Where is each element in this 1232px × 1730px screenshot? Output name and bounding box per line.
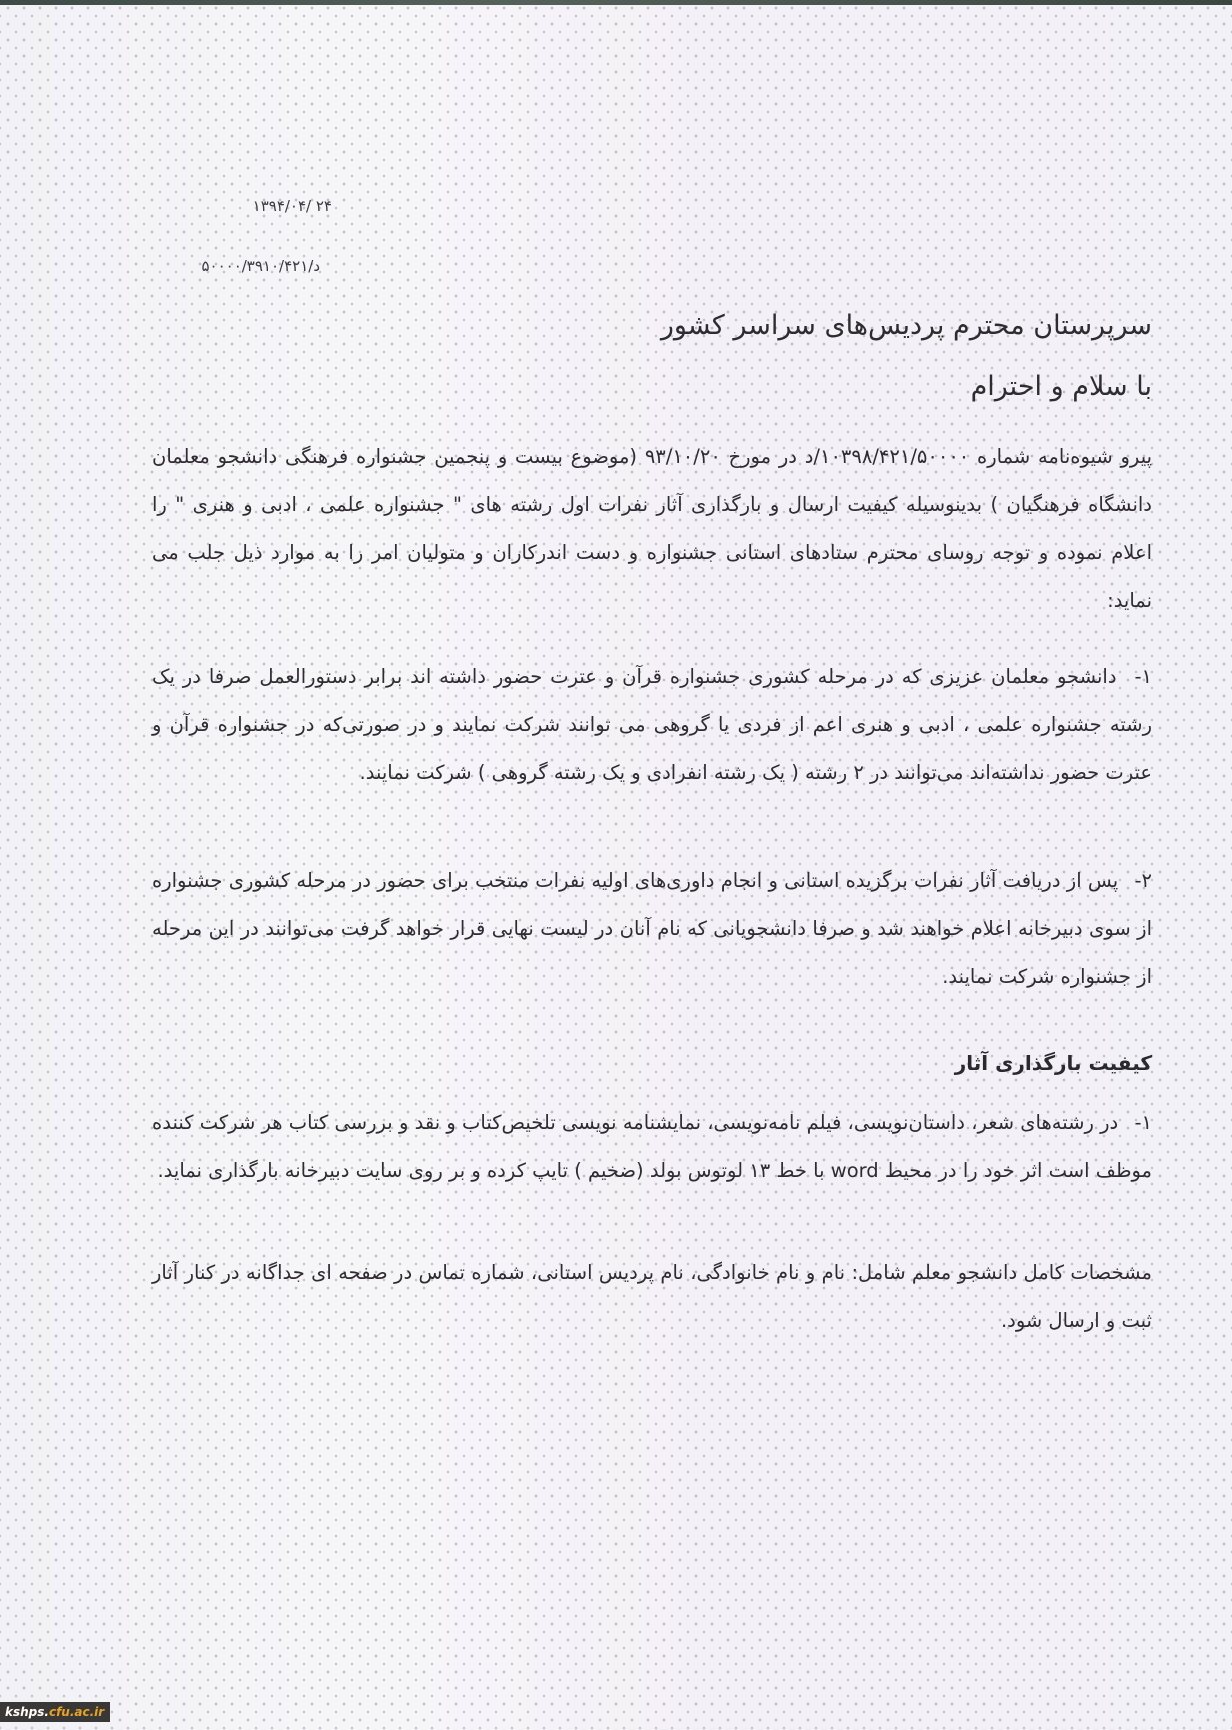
letter-addressee: سرپرستان محترم پردیس‌های سراسر کشور bbox=[661, 310, 1152, 341]
upload-item-number: ۱- bbox=[1134, 1111, 1152, 1134]
rule-item-2: ۲- پس از دریافت آثار نفرات برگزیده استان… bbox=[152, 857, 1152, 1001]
word-software-name: word bbox=[831, 1159, 879, 1182]
upload-section-heading: کیفیت بارگذاری آثار bbox=[955, 1051, 1152, 1075]
rule-item-text: پس از دریافت آثار نفرات برگزیده استانی و… bbox=[152, 869, 1152, 988]
rule-item-number: ۱- bbox=[1134, 665, 1152, 688]
letter-page: ۱۳۹۴/۰۴/ ۲۴ ۵۰۰۰۰/۳۹۱۰/۴۲۱/د سرپرستان مح… bbox=[0, 5, 1232, 1730]
site-watermark: kshps.cfu.ac.ir bbox=[0, 1702, 110, 1722]
upload-item-1: ۱- در رشته‌های شعر، داستان‌نویسی، فیلم ن… bbox=[152, 1099, 1152, 1195]
intro-paragraph: پیرو شیوه‌نامه شماره ۱۰۳۹۸/۴۲۱/۵۰۰۰۰/د د… bbox=[152, 433, 1152, 625]
upload-item-text-after: با خط ۱۳ لوتوس بولد (ضخیم ) تایپ کرده و … bbox=[157, 1159, 824, 1182]
rule-item-number: ۲- bbox=[1134, 869, 1152, 892]
watermark-domain: cfu.ac.ir bbox=[49, 1705, 104, 1719]
watermark-host: kshps. bbox=[5, 1705, 49, 1719]
letter-greeting: با سلام و احترام bbox=[971, 371, 1152, 402]
rule-item-1: ۱- دانشجو معلمان عزیزی که در مرحله کشوری… bbox=[152, 653, 1152, 797]
letter-reference-number: ۵۰۰۰۰/۳۹۱۰/۴۲۱/د bbox=[150, 257, 320, 275]
student-details-paragraph: مشخصات کامل دانشجو معلم شامل: نام و نام … bbox=[152, 1249, 1152, 1345]
rule-item-text: دانشجو معلمان عزیزی که در مرحله کشوری جش… bbox=[152, 665, 1152, 784]
letter-date: ۱۳۹۴/۰۴/ ۲۴ bbox=[150, 197, 332, 215]
